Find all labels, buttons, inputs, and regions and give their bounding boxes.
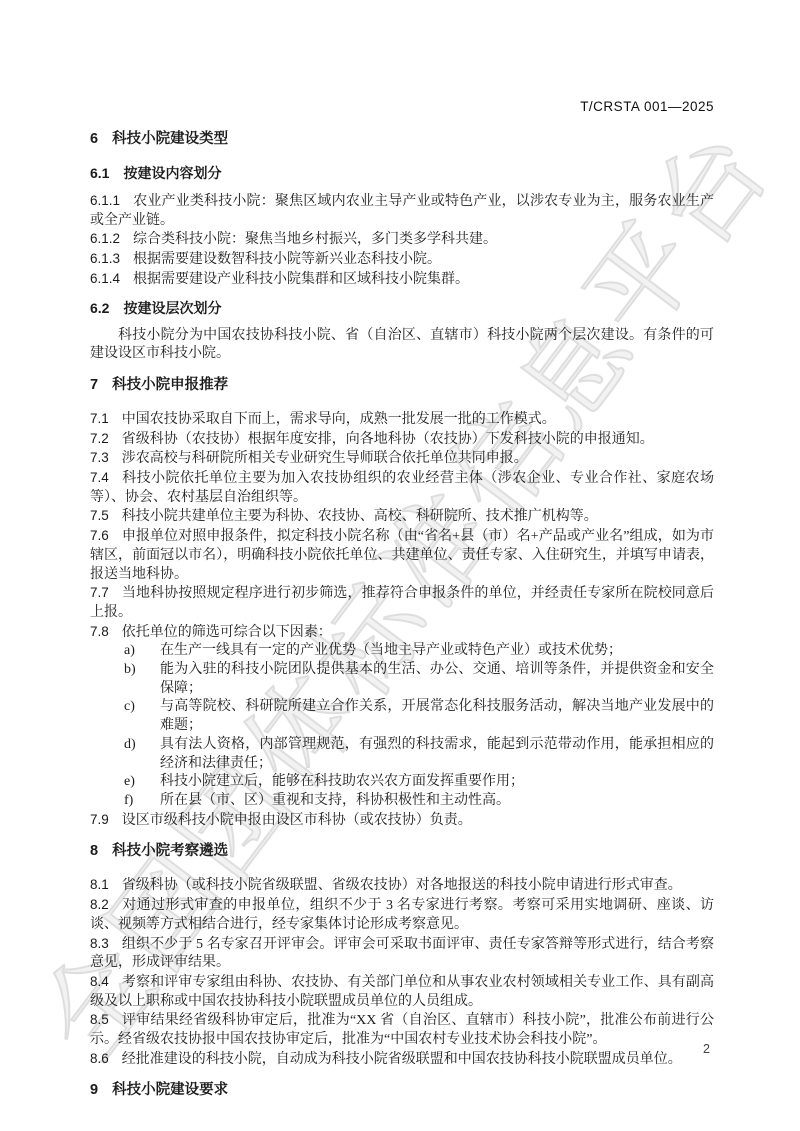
list-item: e)科技小院建立后，能够在科技助农兴农方面发挥重要作用；	[124, 773, 714, 792]
clause-number: 7.4	[90, 469, 109, 488]
section-heading: 7科技小院申报推荐	[90, 376, 714, 395]
clause-number: 8.6	[90, 1050, 109, 1069]
document-body: 6科技小院建设类型 6.1按建设内容划分 6.1.1农业产业类科技小院：聚焦区域…	[90, 130, 714, 1115]
list-item-text: 所在县（市、区）重视和支持，科协积极性和主动性高。	[160, 792, 714, 811]
subsection-number: 6.2	[90, 299, 109, 318]
list-item-number: a)	[124, 642, 160, 661]
clause-paragraph: 8.3组织不少于 5 名专家召开评审会。评审会可采取书面评审、责任专家答辩等形式…	[90, 935, 714, 973]
clause-text: 省级科协（农技协）根据年度安排，向各地科协（农技协）下发科技小院的申报通知。	[122, 432, 654, 447]
clause-text: 组织不少于 5 名专家召开评审会。评审会可采取书面评审、责任专家答辩等形式进行，…	[90, 937, 714, 971]
clause-list: a)在生产一线具有一定的产业优势（当地主导产业或特色产业）或技术优势； b)能为…	[90, 642, 714, 810]
clause-number: 6.1.3	[90, 250, 120, 269]
clause-text: 申报单位对照申报条件，拟定科技小院名称（由“省名+县（市）名+产品或产业名”组成…	[90, 529, 714, 581]
subsection-heading: 6.2按建设层次划分	[90, 299, 714, 318]
clause-text: 根据需要建设产业科技小院集群和区域科技小院集群。	[133, 272, 469, 287]
clause-number: 7.5	[90, 507, 109, 526]
clause-paragraph: 8.4考察和评审专家组由科协、农技协、有关部门单位和从事农业农村领域相关专业工作…	[90, 973, 714, 1011]
clause-number: 8.1	[90, 876, 109, 895]
section-number: 9	[90, 1081, 98, 1100]
clause-paragraph: 6.1.2综合类科技小院：聚焦当地乡村振兴，多门类多学科共建。	[90, 230, 714, 250]
clause-text: 经批准建设的科技小院，自动成为科技小院省级联盟和中国农技协科技小院联盟成员单位。	[122, 1052, 682, 1067]
subsection-title: 按建设内容划分	[123, 165, 221, 181]
clause-paragraph: 7.9设区市级科技小院申报由设区市科协（或农技协）负责。	[90, 811, 714, 831]
clause-number: 7.6	[90, 527, 109, 546]
list-item: b)能为入驻的科技小院团队提供基本的生活、办公、交通、培训等条件，并提供资金和安…	[124, 661, 714, 698]
section-heading: 9科技小院建设要求	[90, 1081, 714, 1100]
clause-number: 7.7	[90, 584, 109, 603]
body-paragraph: 科技小院分为中国农技协科技小院、省（自治区、直辖市）科技小院两个层次建设。有条件…	[90, 327, 714, 364]
clause-paragraph: 8.2对通过形式审查的申报单位，组织不少于 3 名专家进行考察。考察可采用实地调…	[90, 896, 714, 934]
section-title: 科技小院考察遴选	[112, 843, 228, 859]
clause-number: 7.9	[90, 811, 109, 830]
list-item: c)与高等院校、科研院所建立合作关系，开展常态化科技服务活动，解决当地产业发展中…	[124, 698, 714, 735]
clause-paragraph: 7.1中国农技协采取自下而上，需求导向，成熟一批发展一批的工作模式。	[90, 410, 714, 430]
list-item-number: b)	[124, 661, 160, 698]
subsection-number: 6.1	[90, 164, 109, 183]
clause-text: 科技小院共建单位主要为科协、农技协、高校、科研院所、技术推广机构等。	[122, 509, 598, 524]
clause-paragraph: 8.5评审结果经省级科协审定后，批准为“XX 省（自治区、直辖市）科技小院”，批…	[90, 1011, 714, 1049]
clause-number: 6.1.1	[90, 192, 120, 211]
list-item: a)在生产一线具有一定的产业优势（当地主导产业或特色产业）或技术优势；	[124, 642, 714, 661]
list-item-text: 具有法人资格，内部管理规范，有强烈的科技需求，能起到示范带动作用，能承担相应的经…	[160, 736, 714, 773]
section-title: 科技小院建设类型	[112, 131, 228, 147]
list-item-text: 科技小院建立后，能够在科技助农兴农方面发挥重要作用；	[160, 773, 714, 792]
clause-number: 6.1.2	[90, 230, 120, 249]
clause-text: 农业产业类科技小院：聚焦区域内农业主导产业或特色产业，以涉农专业为主，服务农业生…	[90, 194, 714, 228]
section-number: 7	[90, 376, 98, 395]
clause-paragraph: 6.1.3根据需要建设数智科技小院等新兴业态科技小院。	[90, 250, 714, 270]
clause-paragraph: 6.1.4根据需要建设产业科技小院集群和区域科技小院集群。	[90, 270, 714, 290]
clause-text: 考察和评审专家组由科协、农技协、有关部门单位和从事农业农村领域相关专业工作、具有…	[90, 975, 714, 1009]
subsection-heading: 6.1按建设内容划分	[90, 164, 714, 183]
clause-number: 8.2	[90, 896, 109, 915]
list-item-number: e)	[124, 773, 160, 792]
clause-text: 科技小院依托单位主要为加入农技协组织的农业经营主体（涉农企业、专业合作社、家庭农…	[90, 471, 714, 505]
clause-paragraph: 7.4科技小院依托单位主要为加入农技协组织的农业经营主体（涉农企业、专业合作社、…	[90, 469, 714, 507]
clause-number: 7.2	[90, 430, 109, 449]
clause-text: 根据需要建设数智科技小院等新兴业态科技小院。	[133, 252, 441, 267]
clause-paragraph: 7.6申报单位对照申报条件，拟定科技小院名称（由“省名+县（市）名+产品或产业名…	[90, 527, 714, 584]
clause-paragraph: 7.5科技小院共建单位主要为科协、农技协、高校、科研院所、技术推广机构等。	[90, 507, 714, 527]
clause-text: 省级科协（或科技小院省级联盟、省级农技协）对各地报送的科技小院申请进行形式审查。	[122, 878, 682, 893]
clause-text: 当地科协按照规定程序进行初步筛选，推荐符合申报条件的单位，并经责任专家所在院校同…	[90, 586, 714, 620]
clause-number: 8.5	[90, 1011, 109, 1030]
clause-number: 7.8	[90, 623, 109, 642]
clause-text: 中国农技协采取自下而上，需求导向，成熟一批发展一批的工作模式。	[122, 412, 556, 427]
clause-text: 对通过形式审查的申报单位，组织不少于 3 名专家进行考察。考察可采用实地调研、座…	[90, 898, 714, 932]
clause-paragraph: 6.1.1农业产业类科技小院：聚焦区域内农业主导产业或特色产业，以涉农专业为主，…	[90, 192, 714, 230]
clause-text: 评审结果经省级科协审定后，批准为“XX 省（自治区、直辖市）科技小院”，批准公布…	[90, 1013, 714, 1047]
clause-paragraph: 7.2省级科协（农技协）根据年度安排，向各地科协（农技协）下发科技小院的申报通知…	[90, 430, 714, 450]
page-number: 2	[703, 1042, 710, 1056]
section-heading: 6科技小院建设类型	[90, 130, 714, 149]
list-item-number: d)	[124, 736, 160, 773]
clause-number: 8.4	[90, 973, 109, 992]
section-number: 6	[90, 130, 98, 149]
section-title: 科技小院建设要求	[112, 1082, 228, 1098]
list-item: d)具有法人资格，内部管理规范，有强烈的科技需求，能起到示范带动作用，能承担相应…	[124, 736, 714, 773]
list-item-text: 在生产一线具有一定的产业优势（当地主导产业或特色产业）或技术优势；	[160, 642, 714, 661]
clause-text: 综合类科技小院：聚焦当地乡村振兴，多门类多学科共建。	[133, 232, 497, 247]
clause-paragraph: 7.8依托单位的筛选可综合以下因素：	[90, 623, 714, 643]
section-heading: 8科技小院考察遴选	[90, 842, 714, 861]
clause-text: 设区市级科技小院申报由设区市科协（或农技协）负责。	[122, 813, 472, 828]
clause-number: 7.3	[90, 449, 109, 468]
clause-number: 7.1	[90, 410, 109, 429]
clause-number: 8.3	[90, 935, 109, 954]
clause-number: 6.1.4	[90, 270, 120, 289]
section-title: 科技小院申报推荐	[112, 377, 228, 393]
clause-paragraph: 7.3涉农高校与科研院所相关专业研究生导师联合依托单位共同申报。	[90, 449, 714, 469]
list-item-number: c)	[124, 698, 160, 735]
clause-paragraph: 8.1省级科协（或科技小院省级联盟、省级农技协）对各地报送的科技小院申请进行形式…	[90, 876, 714, 896]
document-page: 全国团体标准信息平台 T/CRSTA 001—2025 6科技小院建设类型 6.…	[0, 0, 800, 1131]
standard-code: T/CRSTA 001—2025	[580, 99, 714, 114]
clause-paragraph: 8.6经批准建设的科技小院，自动成为科技小院省级联盟和中国农技协科技小院联盟成员…	[90, 1050, 714, 1070]
section-number: 8	[90, 842, 98, 861]
clause-text: 依托单位的筛选可综合以下因素：	[122, 625, 332, 640]
clause-text: 涉农高校与科研院所相关专业研究生导师联合依托单位共同申报。	[122, 451, 528, 466]
clause-paragraph: 7.7当地科协按照规定程序进行初步筛选，推荐符合申报条件的单位，并经责任专家所在…	[90, 584, 714, 622]
list-item-text: 与高等院校、科研院所建立合作关系，开展常态化科技服务活动，解决当地产业发展中的难…	[160, 698, 714, 735]
list-item: f)所在县（市、区）重视和支持，科协积极性和主动性高。	[124, 792, 714, 811]
list-item-number: f)	[124, 792, 160, 811]
list-item-text: 能为入驻的科技小院团队提供基本的生活、办公、交通、培训等条件，并提供资金和安全保…	[160, 661, 714, 698]
subsection-title: 按建设层次划分	[123, 300, 221, 316]
